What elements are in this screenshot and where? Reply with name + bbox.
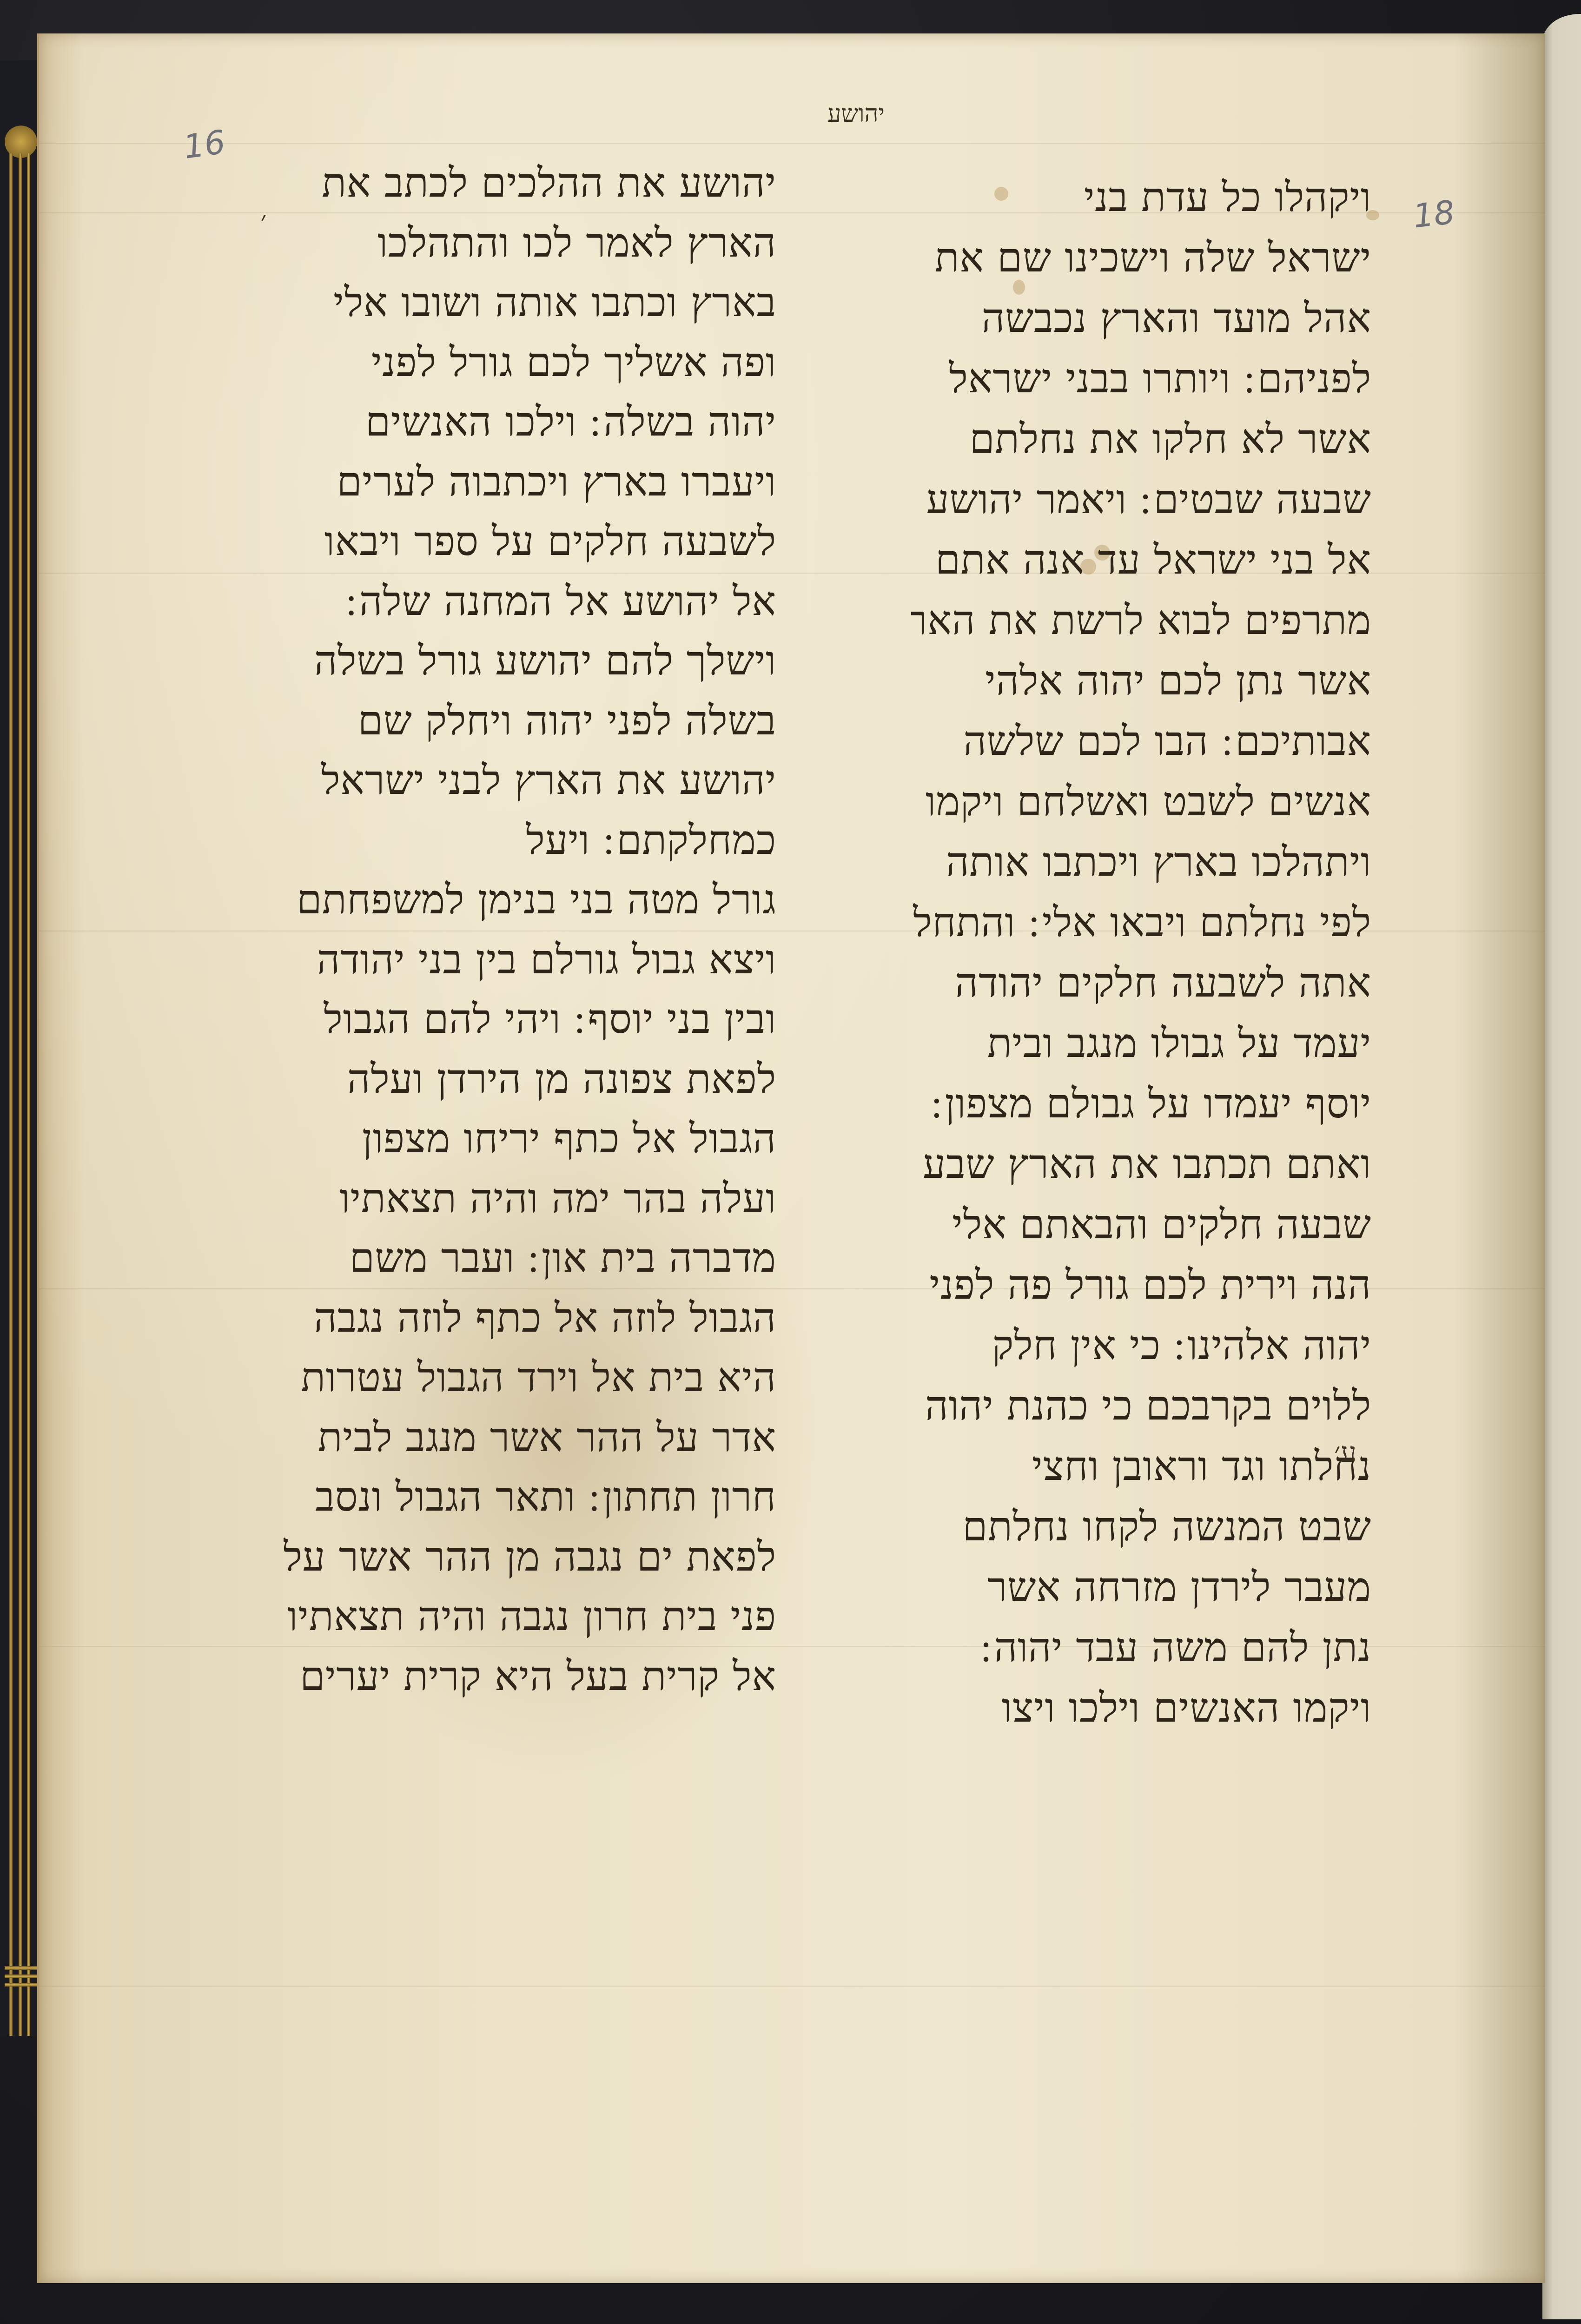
text-line: היא בית אל וירד הגבול עטרות bbox=[284, 1348, 776, 1408]
text-line: מדברה בית און ׃ ועבר משם bbox=[284, 1228, 776, 1288]
text-line: אבותיכם ׃ הבו לכם שלשה bbox=[911, 711, 1371, 772]
text-line: ויתהלכו בארץ ויכתבו אותה bbox=[911, 832, 1371, 892]
gilt-spine-line bbox=[27, 153, 30, 2036]
text-line: אשר לא חלקו את נחלתם bbox=[911, 409, 1371, 469]
text-line: יהושע את הארץ לבני ישראל bbox=[284, 751, 776, 811]
text-line: ויעברו בארץ ויכתבוה לערים bbox=[284, 452, 776, 512]
text-line: ובין בני יוסף ׃ ויהי להם הגבול bbox=[284, 990, 776, 1050]
text-line: יהושע את ההלכים לכתב את bbox=[284, 153, 776, 213]
text-line: אתה לשבעה חלקים יהודה bbox=[911, 953, 1371, 1013]
text-line: ויקמו האנשים וילכו ויצו bbox=[911, 1678, 1371, 1738]
text-line: פני בית חרון נגבה והיה תצאתיו bbox=[284, 1587, 776, 1647]
text-line: אהל מועד והארץ נכבשה bbox=[911, 288, 1371, 349]
text-line: וישלך להם יהושע גורל בשלה bbox=[284, 631, 776, 691]
text-line: לפאת ים נגבה מן ההר אשר על bbox=[284, 1527, 776, 1587]
text-line: הגבול אל כתף יריחו מצפון bbox=[284, 1109, 776, 1169]
text-line: אשר נתן לכם יהוה אלהי bbox=[911, 651, 1371, 711]
text-line: לפי נחלתם ויבאו אלי ׃ והתחלקו bbox=[911, 892, 1371, 953]
gilt-band bbox=[5, 1974, 37, 1978]
gilt-spine-line bbox=[9, 153, 13, 2036]
text-line: הארץ לאמר לכו והתהלכו bbox=[284, 213, 776, 273]
text-line: בארץ וכתבו אותה ושובו אלי bbox=[284, 273, 776, 333]
text-line: גורל מטה בני בנימן למשפחתם bbox=[284, 870, 776, 930]
text-line: שבעה שבטים ׃ ויאמר יהושע bbox=[911, 469, 1371, 530]
ruling-line bbox=[39, 143, 1545, 144]
text-line: מעבר לירדן מזרחה אשר bbox=[911, 1557, 1371, 1618]
text-column-right: ויקהלו כל עדת בני ישראל שלה וישכינו שם א… bbox=[911, 167, 1371, 1738]
text-line: יהוה בשלה ׃ וילכו האנשים bbox=[284, 392, 776, 452]
folio-number-left: 16 bbox=[181, 123, 228, 166]
text-line: לפאת צפונה מן הירדן ועלה bbox=[284, 1050, 776, 1109]
marginal-mark: ע׳ bbox=[1334, 1436, 1356, 1469]
marginal-mark: ׳ bbox=[260, 205, 267, 237]
text-line: ואתם תכתבו את הארץ שבע bbox=[911, 1134, 1371, 1195]
book-spine bbox=[0, 60, 42, 2036]
text-line: לשבעה חלקים על ספר ויבאו bbox=[284, 512, 776, 572]
text-line: לפניהם ׃ ויותרו בבני ישראל bbox=[911, 349, 1371, 409]
text-line: אל קרית בעל היא קרית יערים bbox=[284, 1647, 776, 1707]
gilt-band bbox=[5, 1983, 37, 1987]
next-leaf-edge bbox=[1542, 14, 1581, 2319]
text-line: ישראל שלה וישכינו שם את bbox=[911, 228, 1371, 288]
text-line: יעמד על גבולו מנגב ובית bbox=[911, 1013, 1371, 1074]
text-line: חרון תחתון ׃ ותאר הגבול ונסב bbox=[284, 1467, 776, 1527]
text-line: בשלה לפני יהוה ויחלק שם bbox=[284, 691, 776, 751]
text-line: ועלה בהר ימה והיה תצאתיו bbox=[284, 1169, 776, 1229]
text-line: יוסף יעמדו על גבולם מצפון ׃ bbox=[911, 1074, 1371, 1134]
text-line: אנשים לשבט ואשלחם ויקמו bbox=[911, 772, 1371, 832]
text-line: מתרפים לבוא לרשת את הארץ bbox=[911, 590, 1371, 651]
text-line: כמחלקתם ׃ ויעל bbox=[284, 811, 776, 871]
text-line: נתן להם משה עבד יהוה ׃ bbox=[911, 1618, 1371, 1678]
text-line: ופה אשליך לכם גורל לפני bbox=[284, 333, 776, 393]
text-column-left: יהושע את ההלכים לכתב את הארץ לאמר לכו וה… bbox=[284, 153, 776, 1706]
text-line: שבעה חלקים והבאתם אלי bbox=[911, 1195, 1371, 1255]
text-line: יהוה אלהינו ׃ כי אין חלק bbox=[911, 1315, 1371, 1376]
text-line: ללוים בקרבכם כי כהנת יהוה bbox=[911, 1376, 1371, 1436]
folio-number-right: 18 bbox=[1411, 193, 1456, 236]
text-line: אל יהושע אל המחנה שלה ׃ bbox=[284, 572, 776, 632]
running-head: יהושע bbox=[827, 100, 885, 128]
text-line: שבט המנשה לקחו נחלתם bbox=[911, 1497, 1371, 1557]
text-line: הנה וירית לכם גורל פה לפני bbox=[911, 1255, 1371, 1315]
text-line: נחלתו וגד וראובן וחצי bbox=[911, 1436, 1371, 1497]
ruling-line bbox=[39, 1986, 1545, 1987]
text-line: ויקהלו כל עדת בני bbox=[911, 167, 1371, 228]
text-line: אל בני ישראל עד אנה אתם bbox=[911, 530, 1371, 590]
gilt-band bbox=[5, 1966, 37, 1970]
text-line: ויצא גבול גורלם בין בני יהודה bbox=[284, 930, 776, 990]
gilt-spine-line bbox=[19, 153, 22, 2036]
text-line: הגבול לוזה אל כתף לוזה נגבה bbox=[284, 1288, 776, 1348]
text-line: אדר על ההר אשר מנגב לבית bbox=[284, 1408, 776, 1468]
